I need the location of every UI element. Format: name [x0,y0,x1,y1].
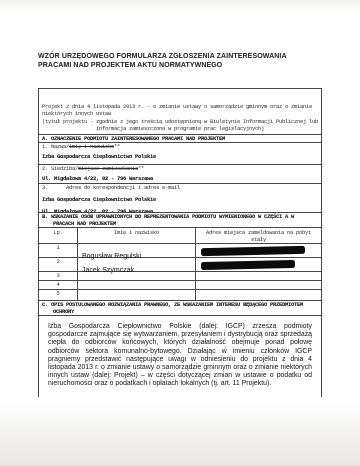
table-row: 3 [39,272,321,281]
header-address: Adres miejsca zameldowania na pobyt stał… [196,228,321,243]
form-box: ZGŁOSZENIE ZAINTERESOWANIA PRACAMI NAD P… [38,88,322,397]
representative-address [196,272,321,280]
table-row: 4 [39,281,321,290]
table-header-row: Lp. Imię i nazwisko Adres miejsca zameld… [39,228,321,244]
row-lp: 2 [39,258,77,271]
representative-name [77,290,196,300]
representatives-table: Lp. Imię i nazwisko Adres miejsca zameld… [39,227,321,300]
field-correspondence-address: 3. Adres do korespondencji i adres e-mai… [39,183,321,212]
header-name: Imię i nazwisko [77,228,196,243]
section-c-heading: C. OPIS POSTULOWANEGO ROZWIĄZANIA PRAWNE… [39,300,321,315]
section-c-body: Izba Gospodarcza Ciepłownictwo Polskie (… [39,315,321,398]
table-row: 2 Jacek Szymczak [39,258,321,272]
section-a-heading: A. OZNACZENIE PODMIOTU ZAINTERESOWANEGO … [39,134,321,142]
row-lp: 1 [39,244,77,257]
field-name-label-struck: imię i nazwisko [69,143,114,150]
project-title: Projekt z dnia 4 listopada 2013 r. - o z… [39,102,321,117]
field-name: 1. Nazwa/imię i nazwisko** Izba Gospodar… [39,142,321,164]
field-name-label: 1. Nazwa/imię i nazwisko** [42,144,318,151]
representative-address [196,290,321,300]
representative-address [196,281,321,289]
project-title-note: (tytuł projektu - zgodnie z jego treścią… [39,117,321,134]
header-lp: Lp. [39,228,77,243]
representative-name [77,281,196,289]
table-row: 5 [39,290,321,300]
field-seat-value: Ul. Migdałowa 4/22, 02 - 796 Warszawa [42,176,318,183]
row-lp: 5 [39,290,77,300]
redaction-bar [201,260,295,270]
field-seat: 2. Siedziba/miejsce zamieszkania** Ul. M… [39,164,321,183]
representative-name [77,272,196,280]
field-correspondence-value-line1: Izba Gospodarcza Ciepłownictwo Polskie [42,197,318,204]
field-name-value: Izba Gospodarcza Ciepłownictwo Polskie [42,154,318,161]
field-seat-label: 2. Siedziba/miejsce zamieszkania** [42,166,318,173]
document-header: WZÓR URZĘDOWEGO FORMULARZA ZGŁOSZENIA ZA… [38,53,300,70]
table-row: 1 Bogusław Regulski [39,244,321,258]
redaction-bar [201,246,305,256]
field-correspondence-label: 3. Adres do korespondencji i adres e-mai… [42,185,318,192]
form-title: ZGŁOSZENIE ZAINTERESOWANIA PRACAMI NAD P… [39,89,321,102]
section-b-heading: B. WSKAZANIE OSÓB UPRAWNIONYCH DO REPREZ… [39,212,321,227]
scanned-document-page: WZÓR URZĘDOWEGO FORMULARZA ZGŁOSZENIA ZA… [0,0,360,466]
field-seat-label-struck: miejsce zamieszkania [78,165,138,172]
row-lp: 4 [39,281,77,289]
row-lp: 3 [39,272,77,280]
